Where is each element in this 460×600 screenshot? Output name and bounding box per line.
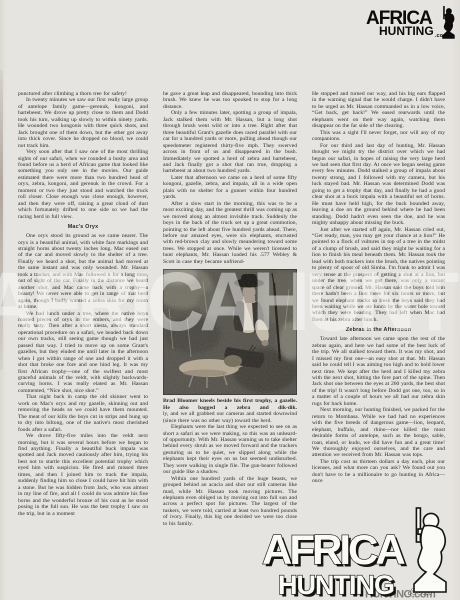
article-paragraph: For our third and last day of hunting, M… [312,143,445,227]
article-paragraph: We had lunch under a tree, where the nat… [18,311,148,395]
section-heading-macs-oryx: Mac's Oryx [18,224,148,230]
section-heading-zebras: Zebras in the Afternoon [312,327,445,333]
article-paragraph: One oryx stood its ground as we came nea… [18,233,148,310]
scan-edge-shadow [0,70,3,370]
article-paragraph: After a slow start in the morning, this … [163,201,297,266]
article-paragraph: he gave a great leap and disappeared, bo… [163,91,297,110]
article-paragraph: The trip cost us thirteen dollars a day … [312,459,445,485]
article-paragraph: Elephants were the last thing we expecte… [163,424,297,476]
article-paragraph: Only a few minutes later, spotting a gro… [163,110,297,175]
article-paragraph: He stopped and turned our way, and his b… [312,91,445,130]
article-paragraph: Next morning, our hunting finished, we p… [312,407,445,459]
article-paragraph: Just after we started off again, Mr. Has… [312,227,445,324]
logo-tld: .com [435,33,448,39]
bottom-watermark-logo: AFRICA AFRICA HUNTING.com HUNTING HUNTIN… [260,506,460,600]
photo-caption: Brad Bloomer kneels beside his first tro… [163,398,297,411]
article-paragraph: This was a sight I'll never forget, nor … [312,130,445,143]
magazine-scan-page: AFRICA HUNTING .com punctured after clim… [0,0,460,600]
watermark-hunter-icon [414,508,446,592]
trophy-photo [163,269,297,395]
article-paragraph: Very soon after that I saw one of the mo… [18,149,148,220]
article-column-1: punctured after climbing a thorn tree fo… [18,91,148,597]
logo-word-hunting: HUNTING [379,24,434,38]
article-paragraph: We drove fifty-five miles into the veldt… [18,433,148,517]
article-paragraph: ly, and we all grabbed our cameras and s… [163,411,297,424]
article-paragraph: Toward late afternoon we came upon the r… [312,336,445,407]
article-paragraph: That night back in camp the old skinner … [18,394,148,433]
africahunting-logo: AFRICA HUNTING .com [364,3,460,43]
article-paragraph: Later that afternoon we came on a herd o… [163,175,297,201]
watermark-word-hunting: HUNTING [278,570,394,600]
article-paragraph: In twenty minutes we saw our first reall… [18,97,148,149]
watermark-word-africa: AFRICA [262,526,405,573]
